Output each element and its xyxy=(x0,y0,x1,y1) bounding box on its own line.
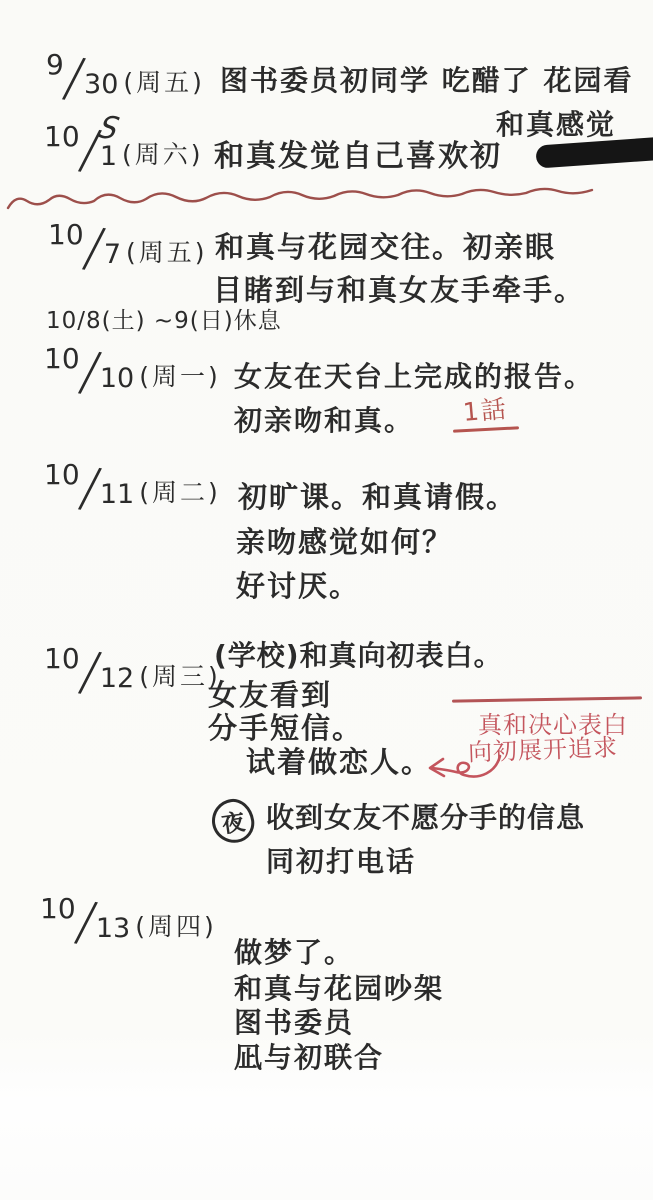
date-slash: / xyxy=(77,351,101,391)
date-day: 13 xyxy=(96,913,130,944)
date-month: 10 xyxy=(44,120,80,153)
entry-10-7-line2: 目睹到与和真女友手牵手。 xyxy=(213,275,585,307)
date-10-10: 10/10(周一) xyxy=(44,350,221,392)
date-slash: / xyxy=(81,227,105,267)
date-month: 10 xyxy=(40,892,76,925)
date-weekday: (周一) xyxy=(139,362,221,391)
date-weekday: (周五) xyxy=(123,68,205,97)
entry-10-13-line3: 图书委员 xyxy=(234,1008,354,1039)
date-slash: / xyxy=(77,651,101,691)
entry-10-11-line2: 亲吻感觉如何？ xyxy=(236,527,453,559)
date-month: 10 xyxy=(44,458,80,491)
entry-10-12-line4: 试着做恋人。 xyxy=(246,747,432,779)
entry-10-13-line4: 凪与初联合 xyxy=(234,1043,384,1074)
date-month: 9 xyxy=(46,48,64,81)
entry-10-13-line2: 和真与花园吵架 xyxy=(234,974,444,1005)
entry-10-1-line1: 和真发觉自己喜欢初 xyxy=(214,140,502,173)
episode-1-annotation: 1話 xyxy=(462,395,509,426)
entry-10-12-line2: 女友看到 xyxy=(208,680,332,712)
night-badge-label: 夜 xyxy=(219,803,246,839)
date-month: 10 xyxy=(44,642,80,675)
date-10-12: 10/12(周三) xyxy=(44,650,221,692)
notebook-page: 9/30(周五) 图书委员初同学 吃醋了 花园看 和真感觉 S 10/1(周六)… xyxy=(0,0,653,1200)
entry-10-7-line1: 和真与花园交往。初亲眼 xyxy=(215,232,556,264)
night-line1: 收到女友不愿分手的信息 xyxy=(266,803,585,834)
episode-1-underline xyxy=(453,426,519,432)
date-slash: / xyxy=(73,901,97,941)
date-10-7: 10/7(周五) xyxy=(48,226,208,268)
date-slash: / xyxy=(62,57,86,97)
date-10-13: 10/13(周四) xyxy=(40,900,217,942)
entry-10-11-line3: 好讨厌。 xyxy=(236,571,360,603)
date-weekday: (周四) xyxy=(135,912,217,941)
entry-10-10-line1: 女友在天台上完成的报告。 xyxy=(234,362,594,393)
entry-10-12-line3: 分手短信。 xyxy=(208,713,363,745)
date-day: 30 xyxy=(84,69,118,100)
night-line2: 同初打电话 xyxy=(266,847,416,878)
entry-9-30-line1: 图书委员初同学 吃醋了 花园看 xyxy=(220,66,634,97)
entry-10-8-rest: 10/8(土) ~9(日)休息 xyxy=(46,309,282,334)
date-day: 10 xyxy=(100,363,134,394)
entry-9-30-line2: 和真感觉 xyxy=(496,110,616,141)
date-10-11: 10/11(周二) xyxy=(44,466,221,508)
entry-10-13-line1: 做梦了。 xyxy=(234,938,354,969)
date-weekday: (周六) xyxy=(122,140,204,169)
date-slash: / xyxy=(77,129,101,169)
date-day: 7 xyxy=(104,239,121,270)
date-day: 11 xyxy=(100,479,134,510)
wavy-divider xyxy=(6,184,594,216)
entry-10-10-line2: 初亲吻和真。 xyxy=(234,406,414,437)
curly-arrow-icon xyxy=(424,752,504,790)
date-day: 12 xyxy=(100,663,134,694)
date-10-1: 10/1(周六) xyxy=(44,128,204,170)
date-9-30: 9/30(周五) xyxy=(46,56,205,98)
night-badge: 夜 xyxy=(209,796,257,845)
date-weekday: (周二) xyxy=(139,478,221,507)
date-month: 10 xyxy=(44,342,80,375)
date-day: 1 xyxy=(100,141,117,172)
side-note-rule xyxy=(452,696,642,702)
entry-10-11-line1: 初旷课。和真请假。 xyxy=(238,482,517,514)
entry-10-12-line1: (学校)和真向初表白。 xyxy=(214,641,503,672)
date-weekday: (周五) xyxy=(126,238,208,267)
date-slash: / xyxy=(77,467,101,507)
marker-redaction xyxy=(535,136,653,168)
date-month: 10 xyxy=(48,218,84,251)
